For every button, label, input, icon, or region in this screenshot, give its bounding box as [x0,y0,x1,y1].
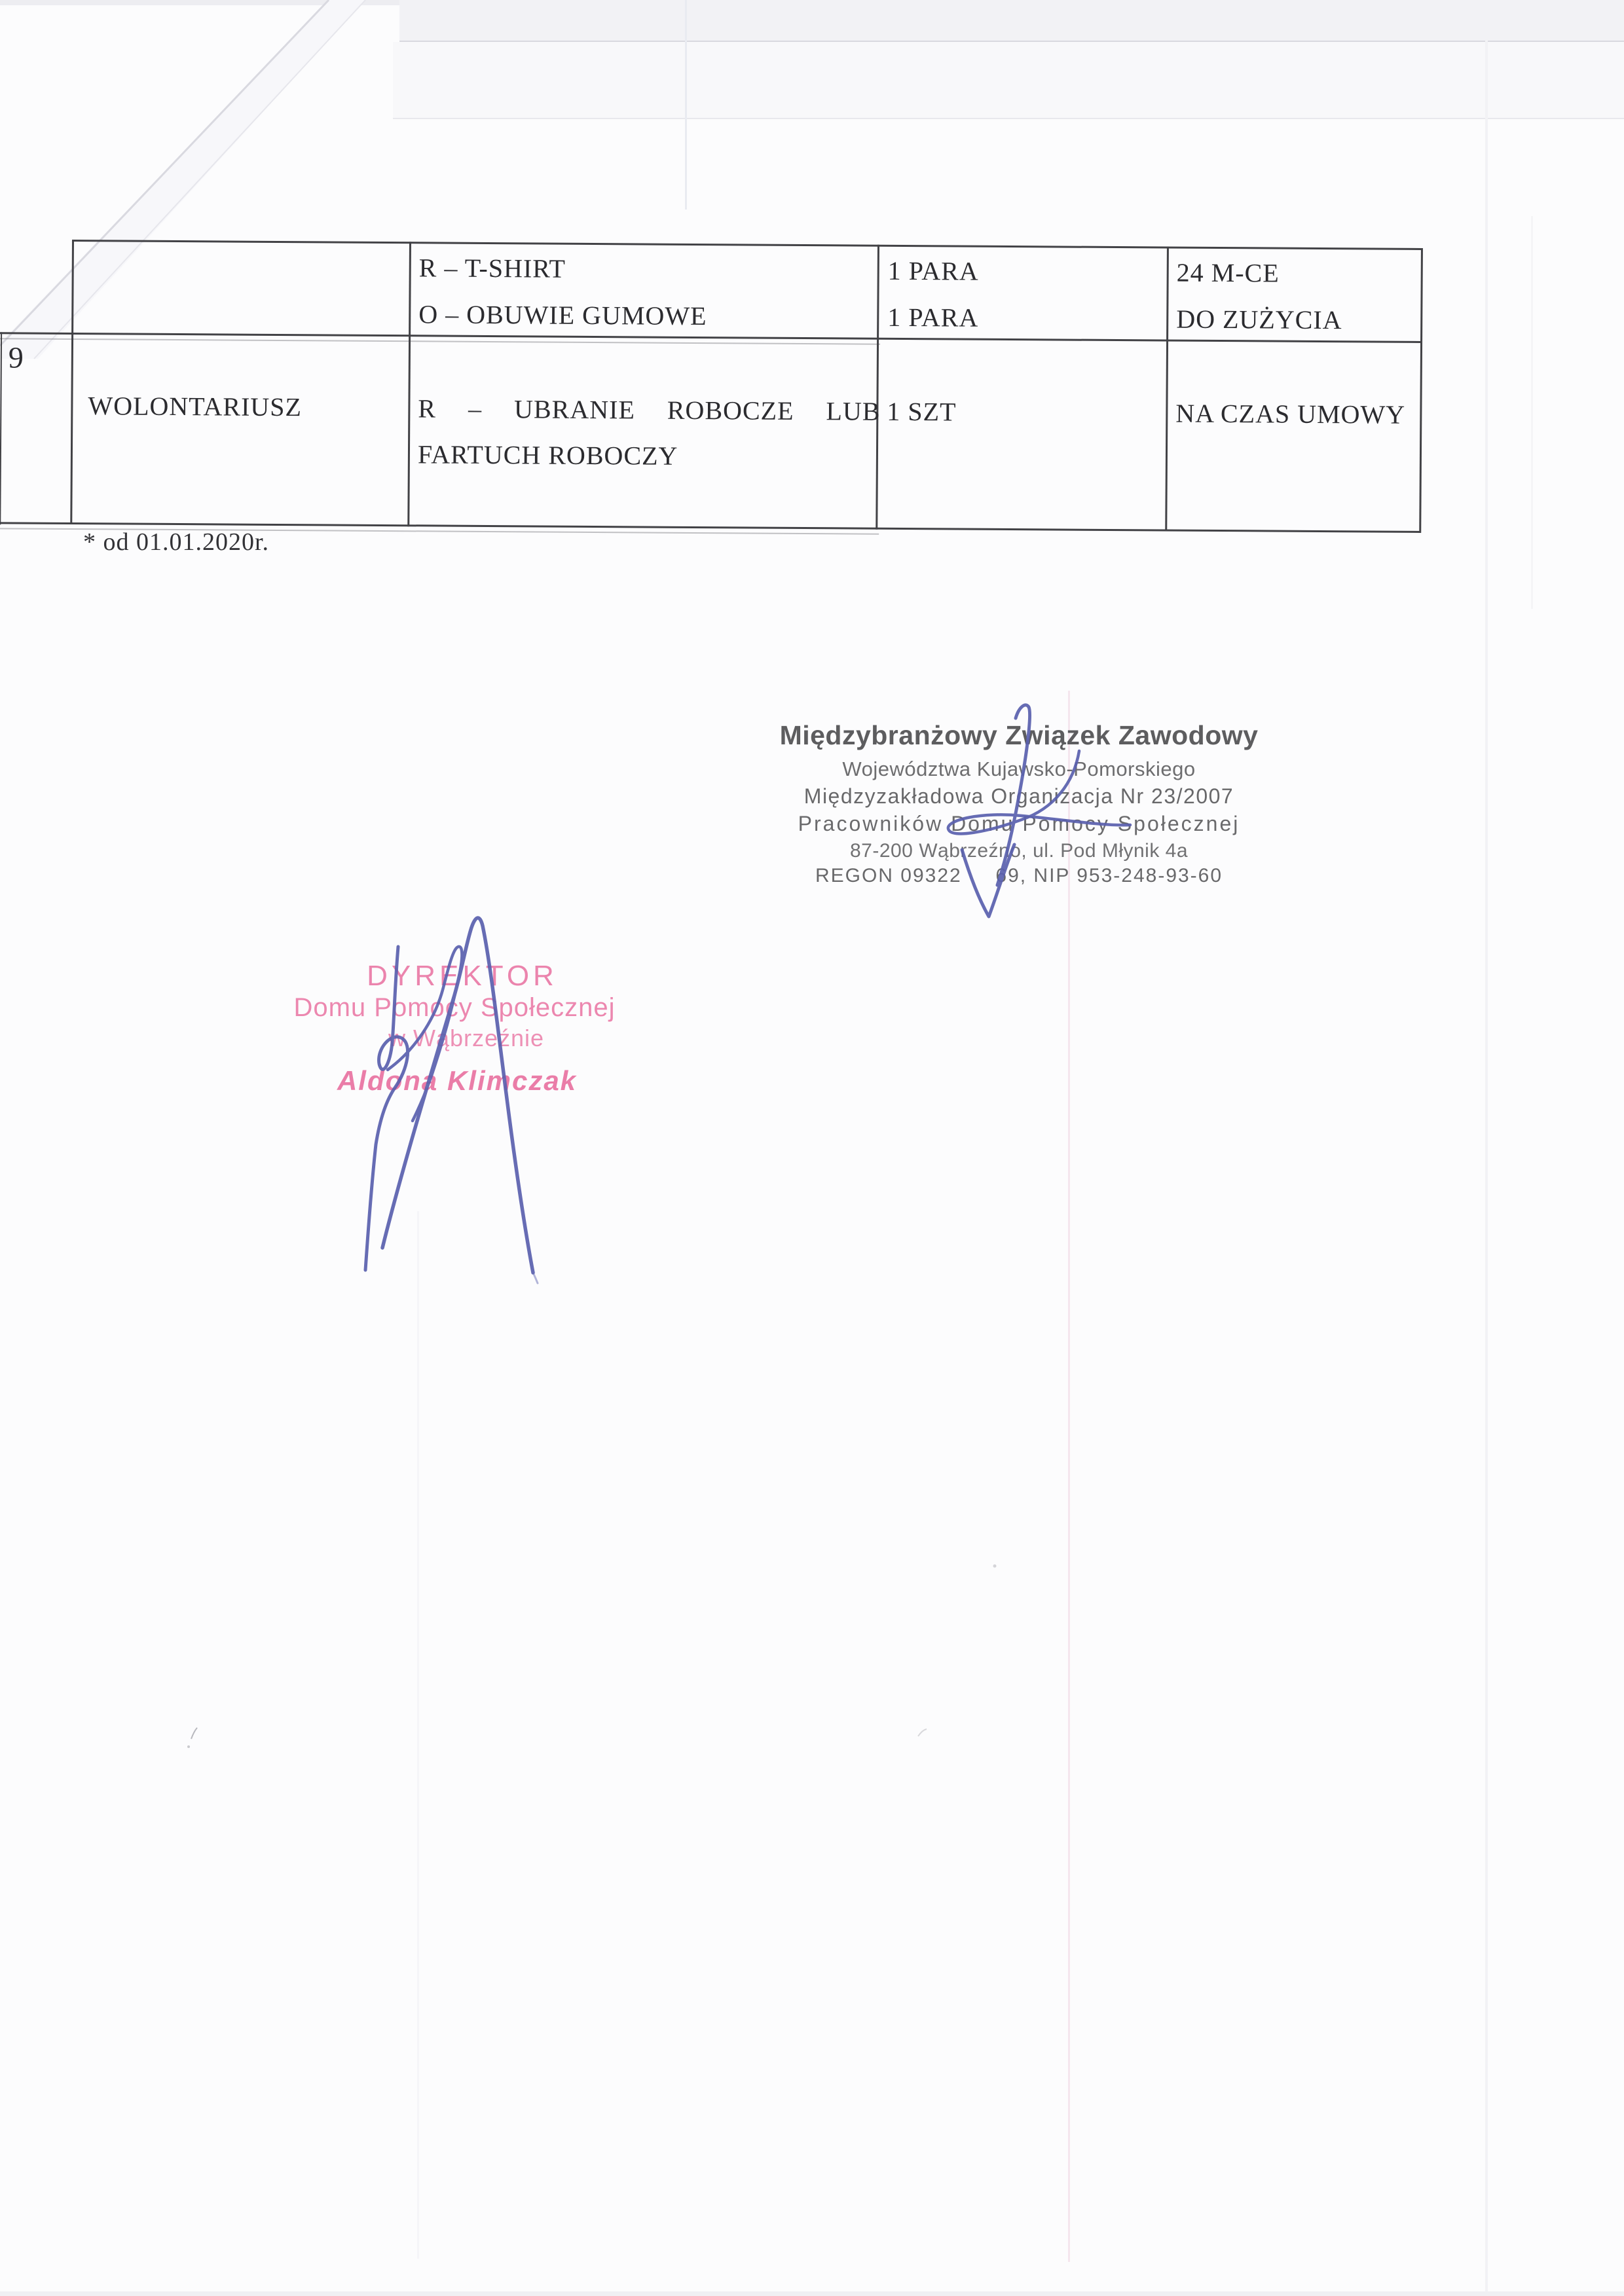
union-signature-stroke [948,751,1130,833]
director-signature-stroke [365,947,408,1270]
union-signature-stroke [997,705,1030,885]
director-signature-stroke [382,918,533,1273]
signatures-layer [0,0,1624,2296]
scanned-document-page: R – T-SHIRT O – OBUWIE GUMOWE 1 PARA 1 P… [0,0,1624,2296]
director-signature-stroke-tail [533,1273,538,1283]
